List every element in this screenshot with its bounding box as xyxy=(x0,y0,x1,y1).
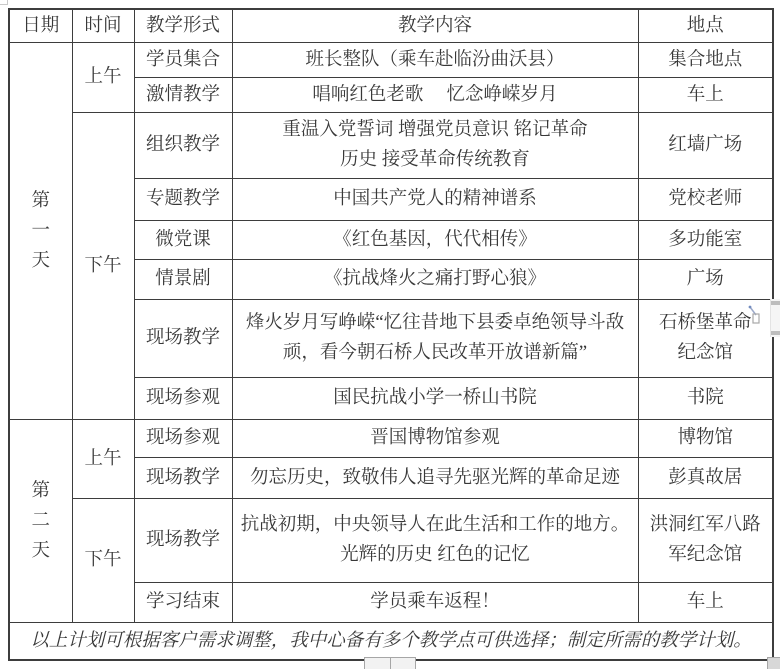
header-cell-time: 时间 xyxy=(72,9,134,42)
place-cell: 红墙广场 xyxy=(638,112,773,178)
header-cell-content: 教学内容 xyxy=(232,9,638,42)
table-row: 第 二 天 上午 现场参观 晋国博物馆参观 博物馆 xyxy=(9,419,773,457)
scrollbar-cap-bottom xyxy=(771,331,780,335)
place-cell: 广场 xyxy=(638,259,773,299)
form-cell: 激情教学 xyxy=(134,77,232,112)
place-cell: 集合地点 xyxy=(638,42,773,77)
header-cell-place: 地点 xyxy=(638,9,773,42)
content-cell: 学员乘车返程！ xyxy=(232,582,638,622)
anchor-pin-icon xyxy=(747,305,763,331)
content-cell: 烽火岁月写峥嵘“忆往昔地下县委卓绝领导斗敌 顽，看今朝石桥人民改革开放谱新篇” xyxy=(232,299,638,377)
form-cell: 微党课 xyxy=(134,220,232,259)
content-cell: 中国共产党人的精神谱系 xyxy=(232,178,638,220)
table-row: 下午 现场教学 抗战初期，中央领导人在此生活和工作的地方。 光辉的历史 红色的记… xyxy=(9,498,773,582)
table-row: 下午 组织教学 重温入党誓词 增强党员意识 铭记革命 历史 接受革命传统教育 红… xyxy=(9,112,773,178)
footer-row: 以上计划可根据客户需求调整，我中心备有多个教学点可供选择；制定所需的教学计划。 xyxy=(9,622,773,660)
window-corner-artifact xyxy=(0,0,8,5)
scrollbar-corner-box[interactable] xyxy=(767,657,780,669)
place-cell: 博物馆 xyxy=(638,419,773,457)
header-cell-date: 日期 xyxy=(9,9,72,42)
form-cell: 现场参观 xyxy=(134,377,232,419)
form-cell: 情景剧 xyxy=(134,259,232,299)
form-cell: 现场教学 xyxy=(134,457,232,498)
period-cell-day2-pm: 下午 xyxy=(72,498,134,622)
header-cell-form: 教学形式 xyxy=(134,9,232,42)
scrollbar-cap-top xyxy=(771,301,780,305)
place-cell: 车上 xyxy=(638,582,773,622)
form-cell: 学习结束 xyxy=(134,582,232,622)
schedule-table: 日期 时间 教学形式 教学内容 地点 第 一 天 上午 学员集合 班长整队（乘车… xyxy=(8,8,774,661)
form-cell: 现场教学 xyxy=(134,498,232,582)
content-cell: 勿忘历史，致敬伟人追寻先驱光辉的革命足迹 xyxy=(232,457,638,498)
header-row: 日期 时间 教学形式 教学内容 地点 xyxy=(9,9,773,42)
form-cell: 专题教学 xyxy=(134,178,232,220)
form-cell: 现场教学 xyxy=(134,299,232,377)
day-cell-day1: 第 一 天 xyxy=(9,42,72,419)
form-cell: 组织教学 xyxy=(134,112,232,178)
content-cell: 《抗战烽火之痛打野心狼》 xyxy=(232,259,638,299)
form-cell: 学员集合 xyxy=(134,42,232,77)
footer-note: 以上计划可根据客户需求调整，我中心备有多个教学点可供选择；制定所需的教学计划。 xyxy=(9,622,773,660)
day-cell-day2: 第 二 天 xyxy=(9,419,72,622)
content-cell: 国民抗战小学一桥山书院 xyxy=(232,377,638,419)
place-cell: 书院 xyxy=(638,377,773,419)
period-cell-day1-pm: 下午 xyxy=(72,112,134,419)
vertical-scrollbar-fragment[interactable] xyxy=(770,299,780,337)
place-cell: 多功能室 xyxy=(638,220,773,259)
content-cell: 重温入党誓词 增强党员意识 铭记革命 历史 接受革命传统教育 xyxy=(232,112,638,178)
period-cell-day2-am: 上午 xyxy=(72,419,134,498)
table-row: 第 一 天 上午 学员集合 班长整队（乘车赴临汾曲沃县） 集合地点 xyxy=(9,42,773,77)
form-cell: 现场参观 xyxy=(134,419,232,457)
place-cell: 党校老师 xyxy=(638,178,773,220)
place-cell: 洪洞红军八路 军纪念馆 xyxy=(638,498,773,582)
bottom-control-left[interactable] xyxy=(365,658,391,669)
content-cell: 抗战初期，中央领导人在此生活和工作的地方。 光辉的历史 红色的记忆 xyxy=(232,498,638,582)
period-cell-day1-am: 上午 xyxy=(72,42,134,112)
content-cell: 《红色基因，代代相传》 xyxy=(232,220,638,259)
content-cell: 唱响红色老歌 忆念峥嵘岁月 xyxy=(232,77,638,112)
place-cell: 车上 xyxy=(638,77,773,112)
bottom-control-fragment[interactable] xyxy=(364,657,416,669)
place-cell: 彭真故居 xyxy=(638,457,773,498)
content-cell: 晋国博物馆参观 xyxy=(232,419,638,457)
content-cell: 班长整队（乘车赴临汾曲沃县） xyxy=(232,42,638,77)
bottom-control-right[interactable] xyxy=(391,658,416,669)
